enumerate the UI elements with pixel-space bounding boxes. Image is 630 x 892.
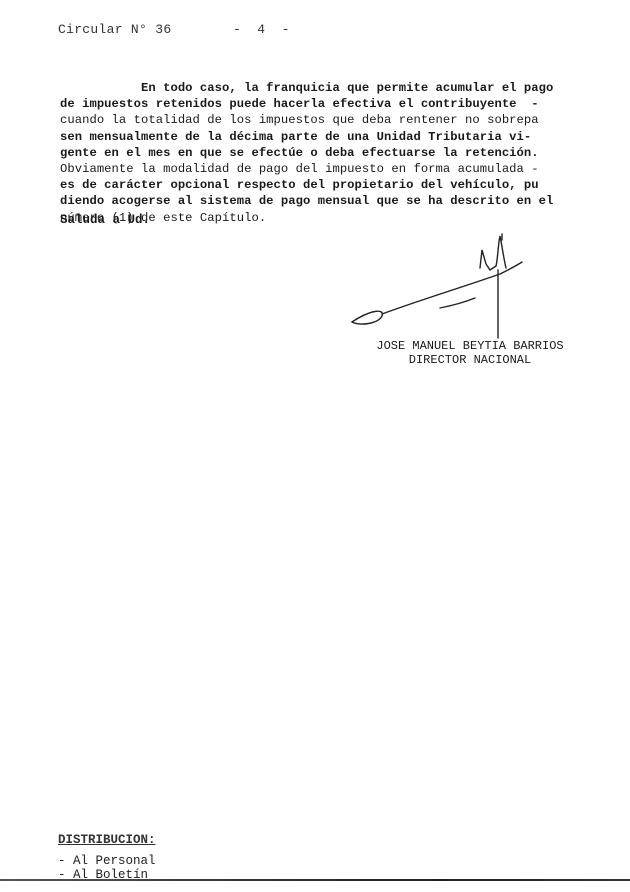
closing-salutation: Saluda a Ud. [60,213,150,227]
signer-title: DIRECTOR NACIONAL [355,353,585,367]
distribution-list: DISTRIBUCION: - Al Personal - Al Boletín [58,833,156,883]
distribution-item: - Al Personal [58,854,156,869]
circular-number: Circular N° 36 [58,22,171,37]
body-line: En todo caso, la franquicia que permite … [60,80,630,96]
signer-block: JOSE MANUEL BEYTIA BARRIOS DIRECTOR NACI… [355,339,585,367]
body-line: es de carácter opcional respecto del pro… [60,177,630,193]
bottom-divider [0,879,630,881]
document-page: Circular N° 36 - 4 - En todo caso, la fr… [0,0,630,892]
distribution-title: DISTRIBUCION: [58,833,156,848]
page-number: - 4 - [233,22,290,37]
handwritten-signature-icon [330,230,600,340]
body-line: cuando la totalidad de los impuestos que… [60,112,630,128]
body-line: de impuestos retenidos puede hacerla efe… [60,96,630,112]
body-line: gente en el mes en que se efectúe o deba… [60,145,630,161]
body-paragraph: En todo caso, la franquicia que permite … [60,80,630,226]
body-line: Obviamente la modalidad de pago del impu… [60,161,630,177]
body-line: diendo acogerse al sistema de pago mensu… [60,193,630,209]
document-header: Circular N° 36 - 4 - [58,22,171,37]
body-line: sen mensualmente de la décima parte de u… [60,129,630,145]
signer-name: JOSE MANUEL BEYTIA BARRIOS [355,339,585,353]
